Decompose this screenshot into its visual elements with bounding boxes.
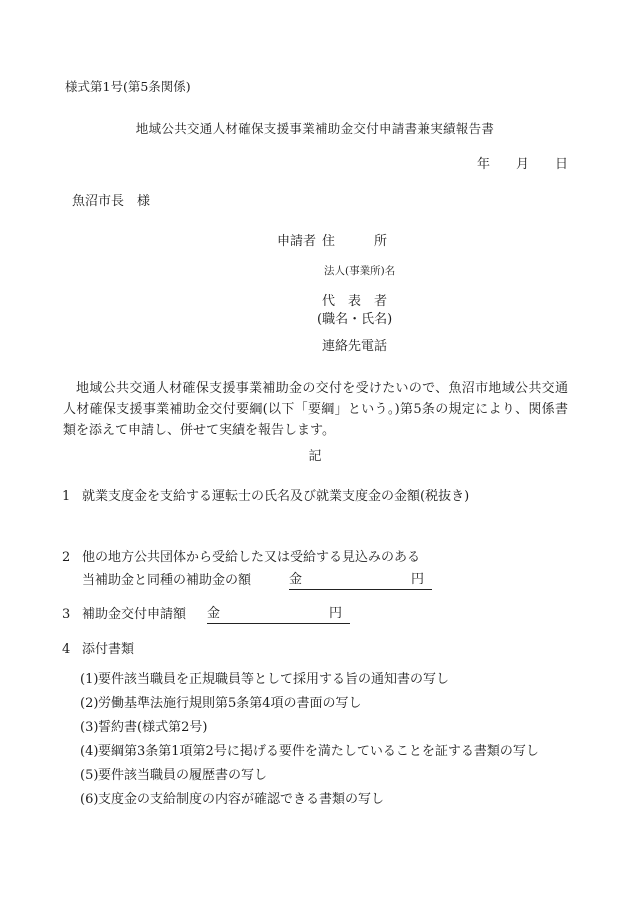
item-3-label: 補助金交付申請額 xyxy=(82,607,186,622)
attachment-row: (4)要綱第3条第1項第2号に掲げる要件を満たしていることを証する書類の写し xyxy=(80,743,539,761)
item-2-line1-row: 2他の地方公共団体から受給した又は受給する見込みのある xyxy=(62,549,432,567)
attachment-row: (5)要件該当職員の履歴書の写し xyxy=(80,767,539,785)
record-heading: 記 xyxy=(0,448,630,466)
item-2-amount-suffix: 円 xyxy=(411,571,424,589)
attachment-5-number: (5) xyxy=(80,767,98,785)
attachment-4-text: 要綱第3条第1項第2号に掲げる要件を満たしていることを証する書類の写し xyxy=(98,744,539,759)
applicant-label: 申請者 xyxy=(277,233,316,251)
item-4-number: 4 xyxy=(62,641,82,659)
item-1-text: 就業支度金を支給する運転士の氏名及び就業支度金の金額(税抜き) xyxy=(82,489,469,504)
attachment-3-text: 誓約書(様式第2号) xyxy=(98,720,207,735)
applicant-representative-sub-label: (職名・氏名) xyxy=(317,311,395,329)
attachment-row: (2)労働基準法施行規則第5条第4項の書面の写し xyxy=(80,695,539,713)
attachment-6-text: 支度金の支給制度の内容が確認できる書類の写し xyxy=(98,792,384,807)
form-number: 様式第1号(第5条関係) xyxy=(65,78,191,96)
document-page: 様式第1号(第5条関係) 地域公共交通人材確保支援事業補助金交付申請書兼実績報告… xyxy=(0,0,630,903)
item-4: 4添付書類 xyxy=(62,641,134,659)
item-3-amount-suffix: 円 xyxy=(329,605,342,623)
attachments-list: (1)要件該当職員を正規職員等として採用する旨の通知書の写し (2)労働基準法施… xyxy=(80,671,539,815)
applicant-corporate-name-label: 法人(事業所)名 xyxy=(324,262,395,280)
item-2-number: 2 xyxy=(62,549,82,567)
attachment-row: (1)要件該当職員を正規職員等として採用する旨の通知書の写し xyxy=(80,671,539,689)
item-2-amount-blank-field[interactable] xyxy=(302,571,411,589)
date-line: 年 月 日 xyxy=(477,156,568,174)
item-4-label: 添付書類 xyxy=(82,642,134,657)
item-2-line2-row: 当補助金と同種の補助金の額金円 xyxy=(82,571,432,590)
attachment-4-number: (4) xyxy=(80,743,98,761)
item-2-amount-line: 金円 xyxy=(289,571,432,590)
attachment-6-number: (6) xyxy=(80,791,98,809)
item-3-amount-line: 金円 xyxy=(207,605,350,624)
item-1-number: 1 xyxy=(62,488,82,506)
attachment-row: (3)誓約書(様式第2号) xyxy=(80,719,539,737)
attachment-2-text: 労働基準法施行規則第5条第4項の書面の写し xyxy=(98,696,362,711)
applicant-fields: 住 所 法人(事業所)名 代 表 者 (職名・氏名) 連絡先電話 xyxy=(322,233,395,356)
attachment-5-text: 要件該当職員の履歴書の写し xyxy=(98,768,267,783)
applicant-block: 申請者 住 所 法人(事業所)名 代 表 者 (職名・氏名) 連絡先電話 xyxy=(277,233,395,356)
body-paragraph: 地域公共交通人材確保支援事業補助金の交付を受けたいので、魚沼市地域公共交通人材確… xyxy=(63,378,568,441)
item-3-number: 3 xyxy=(62,606,82,624)
item-2-line1-text: 他の地方公共団体から受給した又は受給する見込みのある xyxy=(82,550,420,565)
item-3: 3補助金交付申請額金円 xyxy=(62,605,350,624)
attachment-2-number: (2) xyxy=(80,695,98,713)
applicant-representative-label: 代 表 者 xyxy=(322,293,395,311)
attachment-1-number: (1) xyxy=(80,671,98,689)
item-3-amount-blank-field[interactable] xyxy=(220,605,329,623)
attachment-1-text: 要件該当職員を正規職員等として採用する旨の通知書の写し xyxy=(98,672,449,687)
applicant-phone-label: 連絡先電話 xyxy=(322,338,395,356)
addressee: 魚沼市長 様 xyxy=(72,193,150,211)
item-2-amount-label: 当補助金と同種の補助金の額 xyxy=(82,573,251,588)
item-1: 1就業支度金を支給する運転士の氏名及び就業支度金の金額(税抜き) xyxy=(62,488,469,506)
item-3-amount-prefix: 金 xyxy=(207,605,220,623)
item-2: 2他の地方公共団体から受給した又は受給する見込みのある 当補助金と同種の補助金の… xyxy=(62,549,432,590)
document-title: 地域公共交通人材確保支援事業補助金交付申請書兼実績報告書 xyxy=(0,120,630,138)
attachment-3-number: (3) xyxy=(80,719,98,737)
attachment-row: (6)支度金の支給制度の内容が確認できる書類の写し xyxy=(80,791,539,809)
item-2-amount-prefix: 金 xyxy=(289,571,302,589)
applicant-address-label: 住 所 xyxy=(322,233,395,251)
